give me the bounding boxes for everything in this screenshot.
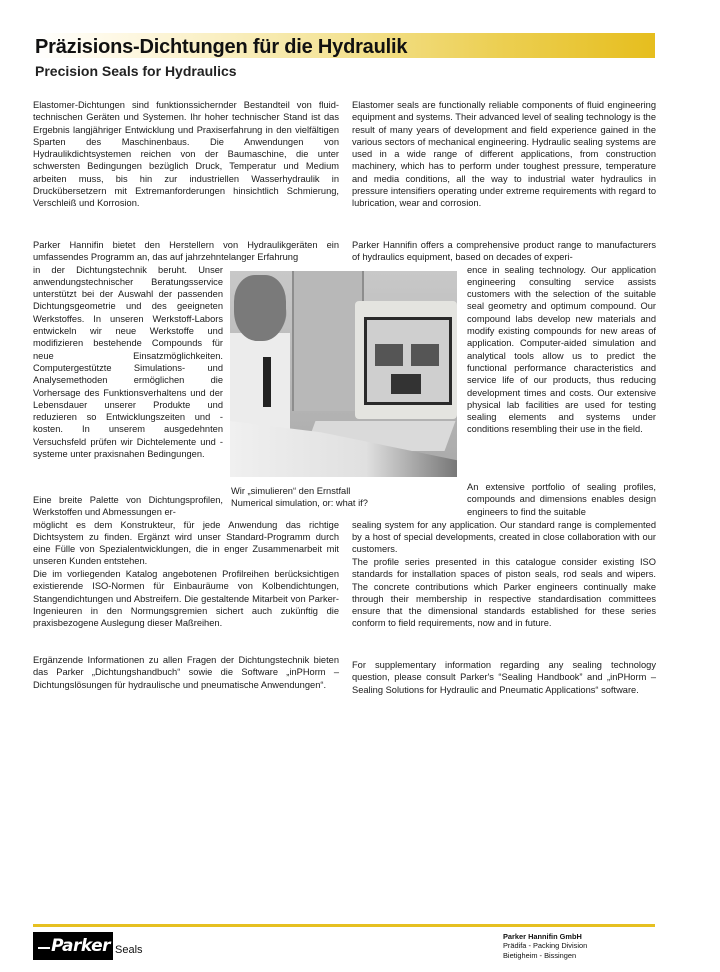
head bbox=[234, 275, 286, 341]
german-paragraph-2-intro: Parker Hannifin bietet den Herstellern v… bbox=[33, 239, 339, 264]
cabinet-door bbox=[292, 271, 364, 411]
english-paragraph-2-intro: Parker Hannifin offers a comprehensive p… bbox=[352, 239, 656, 264]
german-paragraph-3-wrap: Eine breite Palette von Dichtungsprofile… bbox=[33, 494, 223, 519]
english-paragraph-1: Elastomer seals are functionally reliabl… bbox=[352, 99, 656, 210]
logo-seals-label: Seals bbox=[115, 944, 143, 956]
simulation-image bbox=[411, 344, 439, 366]
simulation-image bbox=[391, 374, 421, 394]
english-paragraph-2-wrap: ence in sealing technology. Our applicat… bbox=[467, 264, 656, 436]
logo-wordmark: Parker bbox=[51, 936, 110, 956]
german-paragraph-5: Ergänzende Informationen zu allen Fragen… bbox=[33, 654, 339, 691]
german-paragraph-3: möglicht es dem Konstrukteur, für jede A… bbox=[33, 519, 339, 568]
monitor-screen bbox=[364, 317, 452, 405]
caption-english: Numerical simulation, or: what if? bbox=[231, 497, 368, 509]
company-address: Parker Hannifin GmbH Prädifa - Packing D… bbox=[503, 932, 587, 960]
page-title: Präzisions-Dichtungen für die Hydraulik bbox=[35, 35, 407, 59]
tie bbox=[263, 357, 271, 407]
parker-logo: Parker bbox=[33, 932, 113, 960]
footer-rule bbox=[33, 924, 655, 927]
english-paragraph-3-wrap: An extensive portfolio of sealing profil… bbox=[467, 481, 656, 518]
german-paragraph-2-wrap: in der Dichtungstechnik beruht. Unser an… bbox=[33, 264, 223, 461]
simulation-image bbox=[375, 344, 403, 366]
engineer-at-computer-photo bbox=[230, 271, 457, 477]
english-paragraph-5: For supplementary information regarding … bbox=[352, 659, 656, 696]
english-paragraph-3: sealing system for any application. Our … bbox=[352, 519, 656, 556]
company-division: Prädifa - Packing Division bbox=[503, 941, 587, 950]
page-subtitle: Precision Seals for Hydraulics bbox=[35, 63, 237, 79]
german-paragraph-1: Elastomer-Dichtungen sind funktionssiche… bbox=[33, 99, 339, 210]
figure-caption: Wir „simulieren“ den Ernstfall Numerical… bbox=[231, 485, 368, 509]
logo-dash bbox=[38, 947, 50, 949]
caption-german: Wir „simulieren“ den Ernstfall bbox=[231, 485, 368, 497]
english-paragraph-4: The profile series presented in this cat… bbox=[352, 556, 656, 630]
company-name: Parker Hannifin GmbH bbox=[503, 932, 587, 941]
company-location: Bietigheim - Bissingen bbox=[503, 951, 587, 960]
german-paragraph-4: Die im vorliegenden Katalog angebotenen … bbox=[33, 568, 339, 629]
